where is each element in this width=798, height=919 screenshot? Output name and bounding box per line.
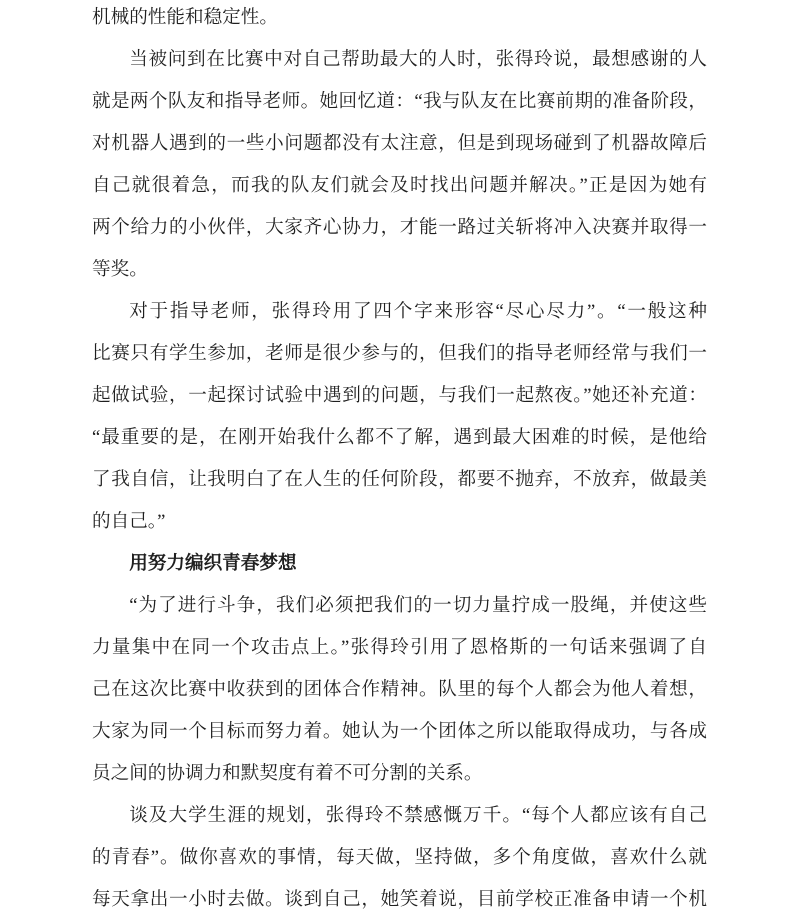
heading-line: 用努力编织青春梦想 [92,543,707,585]
text-line: 的自己。” [92,501,707,543]
text-line: “最重要的是，在刚开始我什么都不了解，遇到最大困难的时候，是他给 [92,417,707,459]
text-line: 比赛只有学生参加，老师是很少参与的，但我们的指导老师经常与我们一 [92,333,707,375]
text-line: 自己就很着急，而我的队友们就会及时找出问题并解决。”正是因为她有 [92,165,707,207]
document-page: 机械的性能和稳定性。当被问到在比赛中对自己帮助最大的人时，张得玲说，最想感谢的人… [0,0,798,919]
paragraph: 当被问到在比赛中对自己帮助最大的人时，张得玲说，最想感谢的人就是两个队友和指导老… [92,39,707,291]
text-line: 两个给力的小伙伴，大家齐心协力，才能一路过关斩将冲入决赛并取得一 [92,207,707,249]
text-line: “为了进行斗争，我们必须把我们的一切力量拧成一股绳，并使这些 [92,585,707,627]
paragraph: 对于指导老师，张得玲用了四个字来形容“尽心尽力”。“一般这种比赛只有学生参加，老… [92,291,707,543]
text-line: 起做试验，一起探讨试验中遇到的问题，与我们一起熬夜。”她还补充道： [92,375,707,417]
text-line: 每天拿出一小时去做。谈到自己，她笑着说，目前学校正准备申请一个机 [92,879,707,919]
document-text: 机械的性能和稳定性。当被问到在比赛中对自己帮助最大的人时，张得玲说，最想感谢的人… [92,0,707,919]
paragraph: 机械的性能和稳定性。 [92,0,707,39]
text-line: 了我自信，让我明白了在人生的任何阶段，都要不抛弃，不放弃，做最美 [92,459,707,501]
paragraph: “为了进行斗争，我们必须把我们的一切力量拧成一股绳，并使这些力量集中在同一个攻击… [92,585,707,795]
text-line: 力量集中在同一个攻击点上。”张得玲引用了恩格斯的一句话来强调了自 [92,627,707,669]
text-line: 的青春”。做你喜欢的事情，每天做，坚持做，多个角度做，喜欢什么就 [92,837,707,879]
text-line: 对于指导老师，张得玲用了四个字来形容“尽心尽力”。“一般这种 [92,291,707,333]
text-line: 大家为同一个目标而努力着。她认为一个团体之所以能取得成功，与各成 [92,711,707,753]
text-line: 就是两个队友和指导老师。她回忆道：“我与队友在比赛前期的准备阶段， [92,81,707,123]
section-heading: 用努力编织青春梦想 [92,543,707,585]
text-line: 员之间的协调力和默契度有着不可分割的关系。 [92,753,707,795]
text-line: 己在这次比赛中收获到的团体合作精神。队里的每个人都会为他人着想， [92,669,707,711]
text-line: 对机器人遇到的一些小问题都没有太注意，但是到现场碰到了机器故障后 [92,123,707,165]
paragraph: 谈及大学生涯的规划，张得玲不禁感慨万千。“每个人都应该有自己的青春”。做你喜欢的… [92,795,707,919]
text-line: 机械的性能和稳定性。 [92,0,707,39]
text-line: 当被问到在比赛中对自己帮助最大的人时，张得玲说，最想感谢的人 [92,39,707,81]
text-line: 等奖。 [92,249,707,291]
text-line: 谈及大学生涯的规划，张得玲不禁感慨万千。“每个人都应该有自己 [92,795,707,837]
